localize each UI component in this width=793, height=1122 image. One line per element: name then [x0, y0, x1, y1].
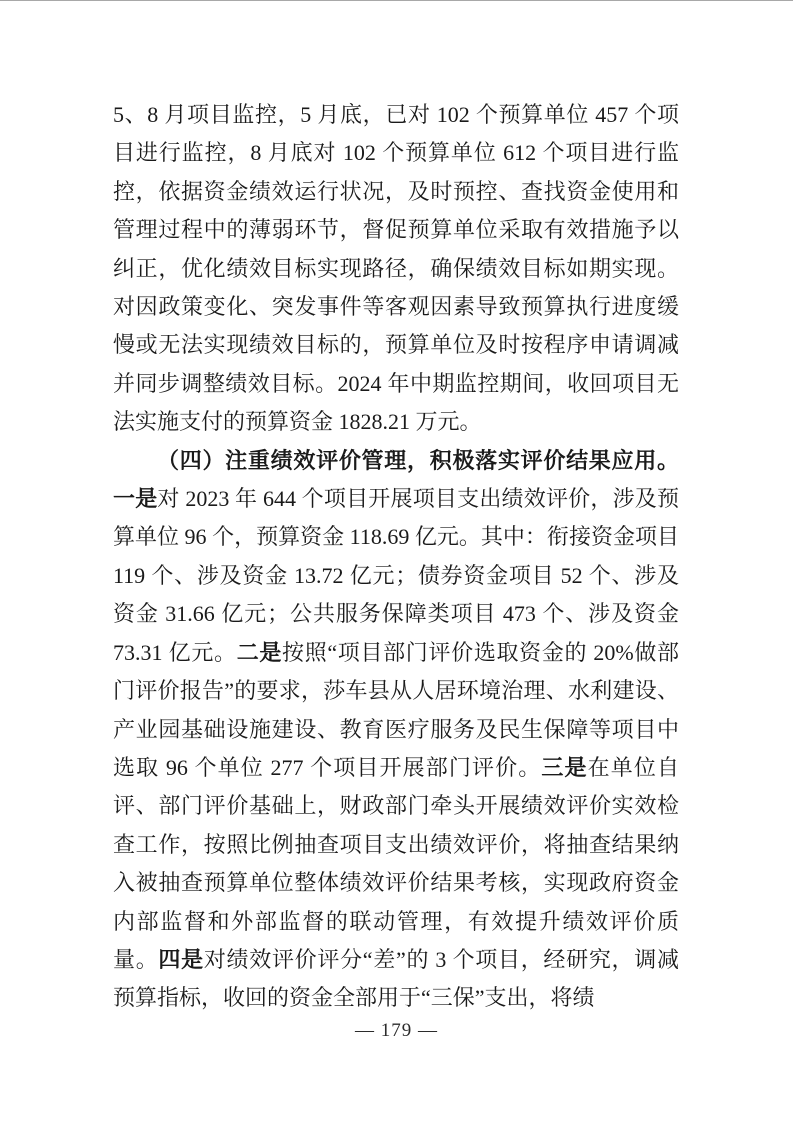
- section4-heading: （四）注重绩效评价管理，积极落实评价结果应用。: [157, 448, 679, 473]
- point1-text: 对 2023 年 644 个项目开展项目支出绩效评价，涉及预算单位 96 个，预…: [113, 486, 679, 665]
- point3-label: 三是: [541, 755, 587, 780]
- document-page: 5、8 月项目监控，5 月底，已对 102 个预算单位 457 个项目进行监控，…: [0, 0, 793, 1122]
- point3-text: 在单位自评、部门评价基础上，财政部门牵头开展绩效评价实效检查工作，按照比例抽查项…: [113, 755, 679, 972]
- point2-label: 二是: [237, 640, 282, 665]
- scan-edge-line: [0, 0, 793, 1]
- page-body: 5、8 月项目监控，5 月底，已对 102 个预算单位 457 个项目进行监控，…: [113, 96, 679, 1018]
- point4-label: 四是: [158, 947, 203, 972]
- paragraph-project-monitoring: 5、8 月项目监控，5 月底，已对 102 个预算单位 457 个项目进行监控，…: [113, 96, 679, 442]
- point1-label: 一是: [113, 486, 157, 511]
- page-number: — 179 —: [0, 1020, 793, 1042]
- paragraph-section4: （四）注重绩效评价管理，积极落实评价结果应用。一是对 2023 年 644 个项…: [113, 442, 679, 1018]
